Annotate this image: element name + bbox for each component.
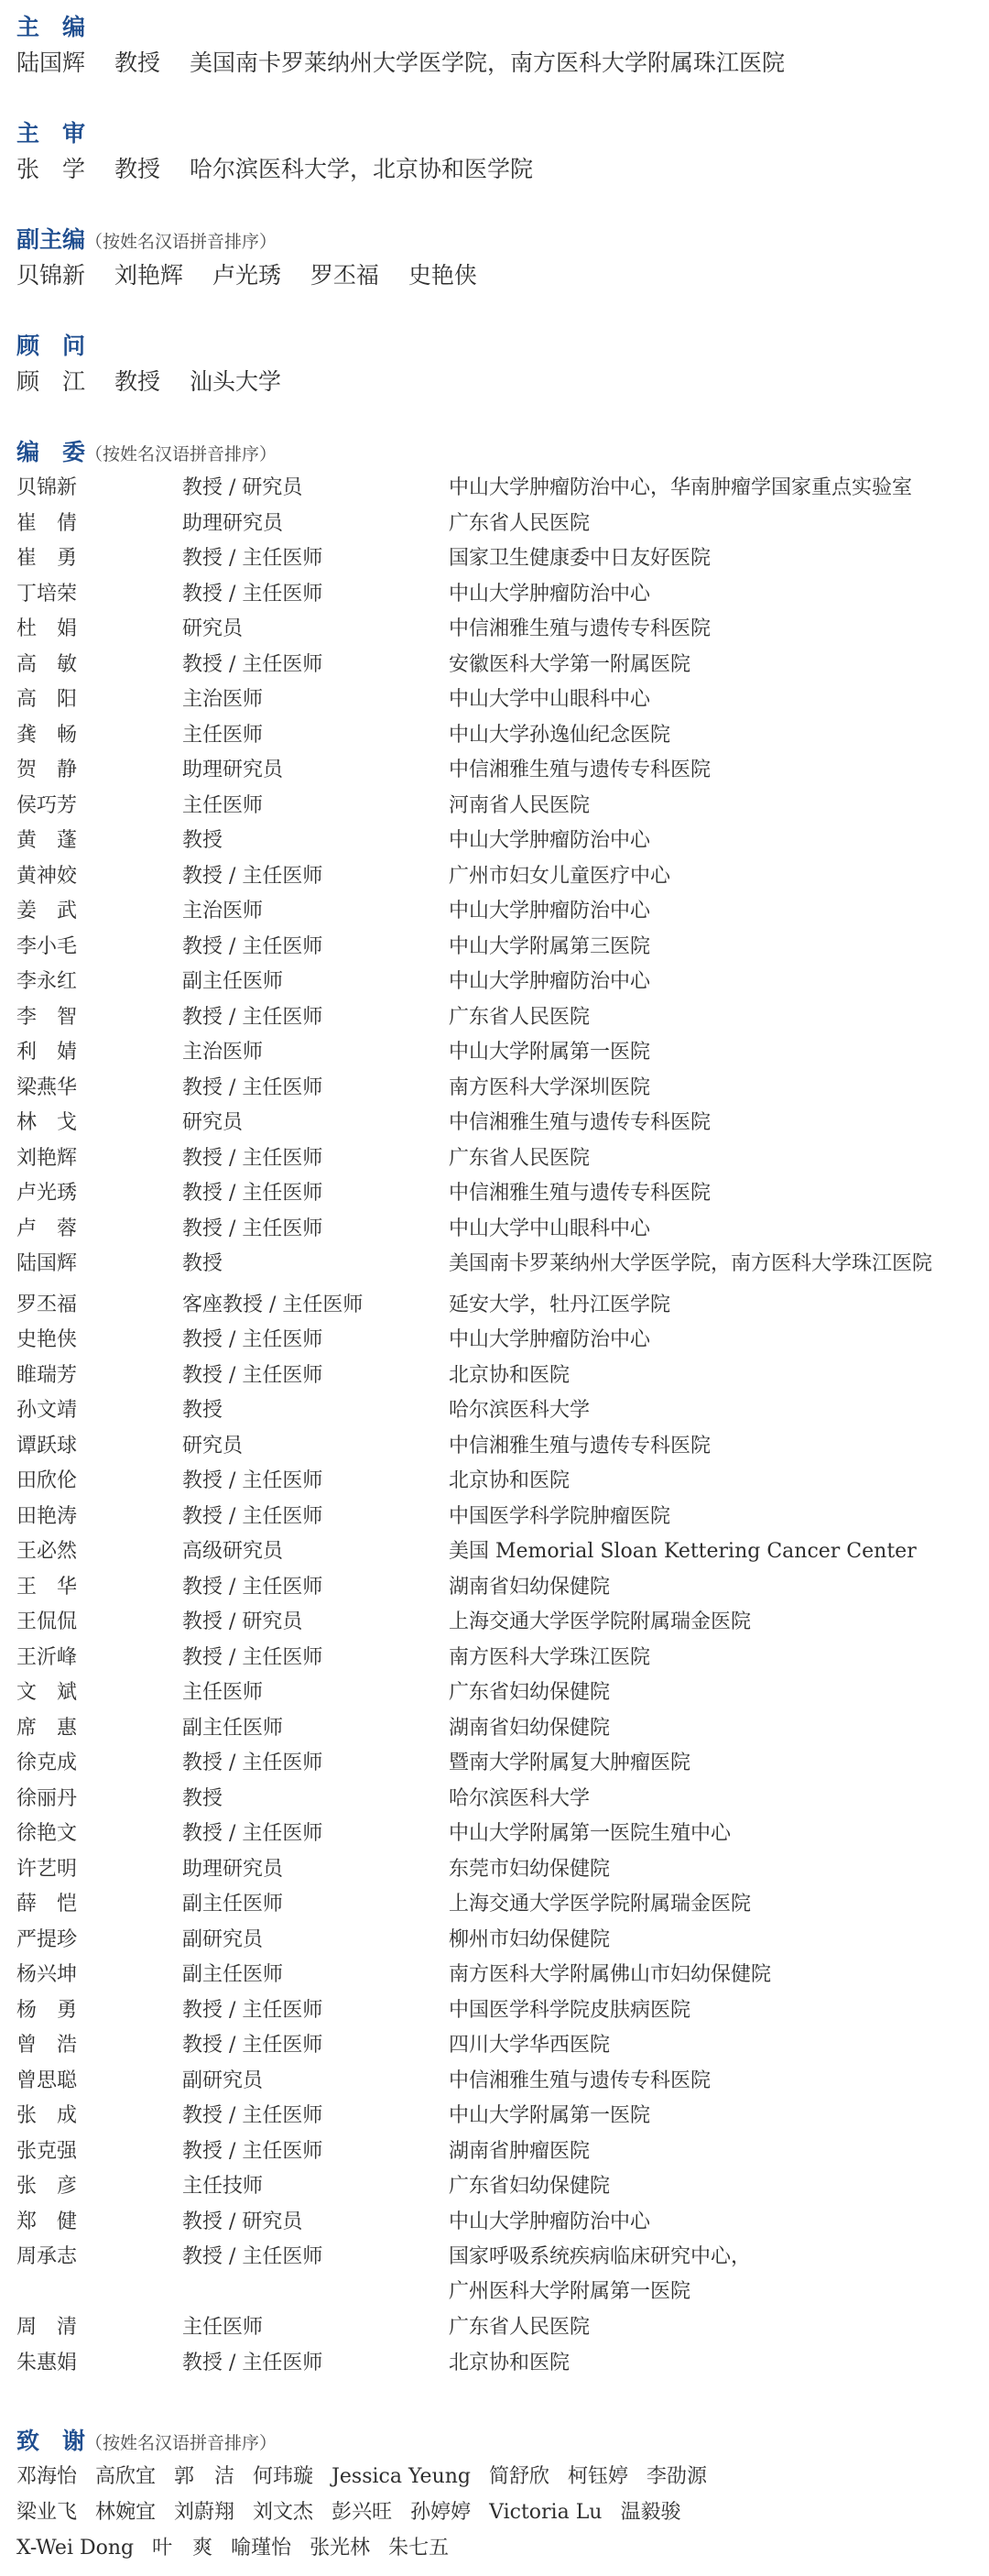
ack-name: 高欣宜 [95, 2465, 156, 2488]
board-member-row: 崔 倩助理研究员广东省人民医院 [16, 512, 989, 536]
member-title: 助理研究员 [182, 759, 439, 782]
board-member-row: 王 华教授 / 主任医师湖南省妇幼保健院 [16, 1576, 989, 1599]
chief-reviewer-heading: 主 审 [16, 120, 85, 147]
member-title: 教授 [182, 829, 439, 853]
board-member-row: 田欣伦教授 / 主任医师北京协和医院 [16, 1469, 989, 1493]
board-member-row: 李小毛教授 / 主任医师中山大学附属第三医院 [16, 935, 989, 959]
board-member-row: 徐克成教授 / 主任医师暨南大学附属复大肿瘤医院 [16, 1752, 989, 1775]
ack-name: X-Wei Dong [16, 2537, 134, 2560]
board-member-row: 杨 勇教授 / 主任医师中国医学科学院皮肤病医院 [16, 1999, 989, 2023]
board-member-row: 高 阳主治医师中山大学中山眼科中心 [16, 688, 989, 712]
person-name: 陆国辉 [16, 49, 85, 76]
member-title: 教授 / 主任医师 [182, 2245, 439, 2269]
member-title: 教授 / 主任医师 [182, 1646, 439, 1670]
member-name: 王必然 [16, 1540, 172, 1564]
member-title: 教授 / 主任医师 [182, 2104, 439, 2128]
section-heading: 主 编 [16, 16, 785, 39]
ack-name: 简舒欣 [489, 2465, 549, 2488]
member-name: 杜 娟 [16, 617, 172, 641]
board-member-row: 李永红副主任医师中山大学肿瘤防治中心 [16, 970, 989, 994]
board-member-row: 姜 武主治医师中山大学肿瘤防治中心 [16, 900, 989, 923]
member-name: 徐克成 [16, 1752, 172, 1775]
member-name: 高 阳 [16, 688, 172, 712]
member-name: 高 敏 [16, 653, 172, 677]
member-name: 严提珍 [16, 1928, 172, 1952]
ack-name: 刘蔚翔 [174, 2501, 234, 2524]
ack-name: 叶 爽 [152, 2537, 212, 2560]
member-title: 教授 / 主任医师 [182, 2034, 439, 2058]
board-member-row: 陆国辉教授美国南卡罗莱纳州大学医学院，南方医科大学珠江医院 [16, 1252, 989, 1276]
member-name: 张克强 [16, 2140, 172, 2164]
board-member-row: 李 智教授 / 主任医师广东省人民医院 [16, 1006, 989, 1030]
person-name: 刘艳辉 [114, 262, 183, 289]
member-name: 杨兴坤 [16, 1963, 172, 1987]
ack-name: 林婉宜 [95, 2501, 156, 2524]
sort-note: （按姓名汉语拼音排序） [85, 444, 277, 464]
ack-line: 梁业飞林婉宜刘蔚翔刘文杰彭兴旺孙婷婷Victoria Lu温毅骏 [16, 2501, 700, 2525]
member-name: 侯巧芳 [16, 794, 172, 818]
member-title: 教授 / 研究员 [182, 476, 439, 500]
ack-name: 彭兴旺 [331, 2501, 392, 2524]
member-name: 田艳涛 [16, 1505, 172, 1529]
section-deputy-editors: 副主编（按姓名汉语拼音排序） 贝锦新 刘艳辉 卢光琇 罗丕福 史艳侠 [16, 228, 477, 288]
member-name: 徐艳文 [16, 1822, 172, 1846]
member-title: 主治医师 [182, 900, 439, 923]
board-member-row: 曾思聪副研究员中信湘雅生殖与遗传专科医院 [16, 2069, 989, 2093]
section-heading: 主 审 [16, 122, 533, 146]
member-title: 教授 / 主任医师 [182, 1217, 439, 1241]
board-member-row: 许艺明助理研究员东莞市妇幼保健院 [16, 1858, 989, 1882]
board-member-row: 杜 娟研究员中信湘雅生殖与遗传专科医院 [16, 617, 989, 641]
member-title: 教授 / 主任医师 [182, 1999, 439, 2023]
person-name: 卢光琇 [212, 262, 281, 289]
section-heading: 顾 问 [16, 334, 281, 358]
board-member-row: 梁燕华教授 / 主任医师南方医科大学深圳医院 [16, 1076, 989, 1100]
member-affiliation: 中山大学中山眼科中心 [449, 688, 650, 712]
member-affiliation: 中山大学孙逸仙纪念医院 [449, 724, 670, 748]
member-name: 李永红 [16, 970, 172, 994]
person-title: 教授 [114, 156, 160, 182]
member-affiliation: 暨南大学附属复大肿瘤医院 [449, 1752, 690, 1775]
member-affiliation: 哈尔滨医科大学 [449, 1787, 590, 1811]
member-name: 陆国辉 [16, 1252, 172, 1276]
section-editorial-board: 编 委（按姓名汉语拼音排序） [16, 441, 277, 464]
member-affiliation: 广东省人民医院 [449, 1006, 590, 1030]
member-title: 教授 / 主任医师 [182, 2140, 439, 2164]
member-affiliation: 北京协和医院 [449, 1469, 570, 1493]
member-title: 助理研究员 [182, 512, 439, 536]
member-affiliation: 中信湘雅生殖与遗传专科医院 [449, 1182, 711, 1206]
sort-note: （按姓名汉语拼音排序） [85, 232, 277, 252]
board-member-row: 席 惠副主任医师湖南省妇幼保健院 [16, 1717, 989, 1741]
board-member-row: 龚 畅主任医师中山大学孙逸仙纪念医院 [16, 724, 989, 748]
board-member-row: 卢光琇教授 / 主任医师中信湘雅生殖与遗传专科医院 [16, 1182, 989, 1206]
board-member-row: 利 婧主治医师中山大学附属第一医院 [16, 1041, 989, 1064]
member-title: 教授 / 主任医师 [182, 1076, 439, 1100]
board-member-row: 王必然高级研究员美国 Memorial Sloan Kettering Canc… [16, 1540, 989, 1564]
person-name: 史艳侠 [408, 262, 477, 289]
member-affiliation: 中山大学附属第三医院 [449, 935, 650, 959]
member-name: 周承志 [16, 2245, 172, 2269]
member-affiliation: 国家卫生健康委中日友好医院 [449, 547, 711, 571]
chief-editor-heading: 主 编 [16, 14, 85, 40]
member-title: 教授 / 主任医师 [182, 1182, 439, 1206]
member-title: 教授 / 主任医师 [182, 2352, 439, 2375]
member-affiliation: 安徽医科大学第一附属医院 [449, 653, 690, 677]
member-name: 崔 勇 [16, 547, 172, 571]
ack-name: 朱七五 [388, 2537, 449, 2560]
member-affiliation: 美国 Memorial Sloan Kettering Cancer Cente… [449, 1540, 917, 1564]
member-name: 刘艳辉 [16, 1147, 172, 1171]
member-name: 卢 蓉 [16, 1217, 172, 1241]
member-affiliation: 广东省妇幼保健院 [449, 2175, 610, 2199]
member-title: 高级研究员 [182, 1540, 439, 1564]
member-title: 教授 [182, 1399, 439, 1423]
board-member-row: 王沂峰教授 / 主任医师南方医科大学珠江医院 [16, 1646, 989, 1670]
member-title: 教授 / 主任医师 [182, 1469, 439, 1493]
member-affiliation: 中山大学附属第一医院 [449, 1041, 650, 1064]
member-name: 田欣伦 [16, 1469, 172, 1493]
board-member-row: 黄 蓬教授中山大学肿瘤防治中心 [16, 829, 989, 853]
board-member-row: 贺 静助理研究员中信湘雅生殖与遗传专科医院 [16, 759, 989, 782]
member-title: 教授 / 研究员 [182, 2210, 439, 2234]
member-title: 教授 / 主任医师 [182, 935, 439, 959]
member-name: 王 华 [16, 1576, 172, 1599]
member-name: 利 婧 [16, 1041, 172, 1064]
board-member-row: 张 彦主任技师广东省妇幼保健院 [16, 2175, 989, 2199]
advisor-heading: 顾 问 [16, 333, 85, 359]
deputy-editors-heading: 副主编 [16, 226, 85, 253]
member-affiliation: 上海交通大学医学院附属瑞金医院 [449, 1610, 751, 1634]
board-member-row: 曾 浩教授 / 主任医师四川大学华西医院 [16, 2034, 989, 2058]
member-title: 主任医师 [182, 724, 439, 748]
member-name: 席 惠 [16, 1717, 172, 1741]
member-affiliation: 哈尔滨医科大学 [449, 1399, 590, 1423]
member-title: 教授 / 主任医师 [182, 1328, 439, 1352]
member-title: 副主任医师 [182, 970, 439, 994]
member-name: 朱惠娟 [16, 2352, 172, 2375]
section-acknowledgements: 致 谢（按姓名汉语拼音排序） [16, 2429, 277, 2453]
member-affiliation: 中信湘雅生殖与遗传专科医院 [449, 2069, 711, 2093]
person-affiliation: 汕头大学 [190, 368, 281, 395]
member-name: 崔 倩 [16, 512, 172, 536]
member-title: 副主任医师 [182, 1963, 439, 1987]
member-affiliation: 广东省人民医院 [449, 512, 590, 536]
member-affiliation: 湖南省肿瘤医院 [449, 2140, 590, 2164]
board-member-row: 文 斌主任医师广东省妇幼保健院 [16, 1681, 989, 1705]
advisor-entry: 顾 江 教授 汕头大学 [16, 370, 281, 394]
member-affiliation-line2: 广州医科大学附属第一医院 [449, 2280, 690, 2304]
board-member-row: 贝锦新教授 / 研究员中山大学肿瘤防治中心，华南肿瘤学国家重点实验室 [16, 476, 989, 500]
member-affiliation: 中山大学肿瘤防治中心 [449, 900, 650, 923]
member-name: 张 彦 [16, 2175, 172, 2199]
member-title: 主任技师 [182, 2175, 439, 2199]
member-title: 副主任医师 [182, 1893, 439, 1916]
board-member-row: 严提珍副研究员柳州市妇幼保健院 [16, 1928, 989, 1952]
member-affiliation: 中山大学肿瘤防治中心 [449, 2210, 650, 2234]
board-member-row: 史艳侠教授 / 主任医师中山大学肿瘤防治中心 [16, 1328, 989, 1352]
member-affiliation: 中山大学肿瘤防治中心 [449, 583, 650, 606]
member-name: 丁培荣 [16, 583, 172, 606]
ack-name: 邓海怡 [16, 2465, 77, 2488]
member-name: 姜 武 [16, 900, 172, 923]
ack-name: Jessica Yeung [331, 2465, 471, 2488]
ack-name: 喻瑾怡 [231, 2537, 291, 2560]
deputy-editors-list: 贝锦新 刘艳辉 卢光琇 罗丕福 史艳侠 [16, 264, 477, 288]
member-affiliation: 中国医学科学院肿瘤医院 [449, 1505, 670, 1529]
member-title: 研究员 [182, 617, 439, 641]
member-affiliation: 中山大学附属第一医院 [449, 2104, 650, 2128]
member-affiliation: 广东省妇幼保健院 [449, 1681, 610, 1705]
board-member-row: 刘艳辉教授 / 主任医师广东省人民医院 [16, 1147, 989, 1171]
member-name: 贝锦新 [16, 476, 172, 500]
member-title: 教授 [182, 1252, 439, 1276]
member-title: 教授 / 主任医师 [182, 1505, 439, 1529]
board-member-row: 王侃侃教授 / 研究员上海交通大学医学院附属瑞金医院 [16, 1610, 989, 1634]
member-title: 教授 / 主任医师 [182, 653, 439, 677]
board-member-row: 崔 勇教授 / 主任医师国家卫生健康委中日友好医院 [16, 547, 989, 571]
member-affiliation: 南方医科大学附属佛山市妇幼保健院 [449, 1963, 771, 1987]
member-name: 林 戈 [16, 1111, 172, 1135]
chief-editor-entry: 陆国辉 教授 美国南卡罗莱纳州大学医学院，南方医科大学附属珠江医院 [16, 51, 785, 75]
member-name: 贺 静 [16, 759, 172, 782]
member-name: 薛 恺 [16, 1893, 172, 1916]
member-title: 教授 / 主任医师 [182, 865, 439, 889]
member-title: 教授 / 主任医师 [182, 583, 439, 606]
member-name: 睢瑞芳 [16, 1364, 172, 1388]
member-title: 主治医师 [182, 1041, 439, 1064]
member-title: 教授 / 主任医师 [182, 1147, 439, 1171]
member-affiliation: 东莞市妇幼保健院 [449, 1858, 610, 1882]
member-title: 主任医师 [182, 794, 439, 818]
member-affiliation: 中国医学科学院皮肤病医院 [449, 1999, 690, 2023]
person-title: 教授 [114, 49, 160, 76]
person-name: 贝锦新 [16, 262, 85, 289]
section-heading: 副主编（按姓名汉语拼音排序） [16, 228, 477, 252]
section-heading: 编 委（按姓名汉语拼音排序） [16, 441, 277, 464]
board-member-row: 孙文靖教授哈尔滨医科大学 [16, 1399, 989, 1423]
board-member-row: 徐艳文教授 / 主任医师中山大学附属第一医院生殖中心 [16, 1822, 989, 1846]
member-affiliation: 国家呼吸系统疾病临床研究中心， [449, 2245, 751, 2269]
person-affiliation: 美国南卡罗莱纳州大学医学院，南方医科大学附属珠江医院 [190, 49, 785, 76]
member-affiliation: 中山大学附属第一医院生殖中心 [449, 1822, 731, 1846]
section-advisor: 顾 问 顾 江 教授 汕头大学 [16, 334, 281, 394]
member-name: 许艺明 [16, 1858, 172, 1882]
board-member-row: 郑 健教授 / 研究员中山大学肿瘤防治中心 [16, 2210, 989, 2234]
board-member-row: 卢 蓉教授 / 主任医师中山大学中山眼科中心 [16, 1217, 989, 1241]
board-member-row: 周承志教授 / 主任医师国家呼吸系统疾病临床研究中心，广州医科大学附属第一医院 [16, 2245, 989, 2269]
ack-name: 刘文杰 [253, 2501, 313, 2524]
member-title: 副研究员 [182, 2069, 439, 2093]
board-member-row: 黄神姣教授 / 主任医师广州市妇女儿童医疗中心 [16, 865, 989, 889]
ack-name: Victoria Lu [489, 2501, 602, 2524]
member-affiliation: 广东省人民医院 [449, 2316, 590, 2340]
member-title: 研究员 [182, 1111, 439, 1135]
member-affiliation: 中山大学肿瘤防治中心 [449, 829, 650, 853]
member-name: 王沂峰 [16, 1646, 172, 1670]
member-affiliation: 南方医科大学深圳医院 [449, 1076, 650, 1100]
member-title: 教授 / 主任医师 [182, 1576, 439, 1599]
person-name: 张 学 [16, 156, 85, 182]
member-title: 教授 / 主任医师 [182, 1752, 439, 1775]
member-name: 郑 健 [16, 2210, 172, 2234]
ack-name: 梁业飞 [16, 2501, 77, 2524]
member-affiliation: 美国南卡罗莱纳州大学医学院，南方医科大学珠江医院 [449, 1252, 932, 1276]
section-heading: 致 谢（按姓名汉语拼音排序） [16, 2429, 277, 2453]
member-affiliation: 中信湘雅生殖与遗传专科医院 [449, 1435, 711, 1458]
member-affiliation: 湖南省妇幼保健院 [449, 1576, 610, 1599]
board-member-row: 侯巧芳主任医师河南省人民医院 [16, 794, 989, 818]
member-title: 研究员 [182, 1435, 439, 1458]
member-title: 教授 / 研究员 [182, 1610, 439, 1634]
member-affiliation: 湖南省妇幼保健院 [449, 1717, 610, 1741]
person-title: 教授 [114, 368, 160, 395]
member-title: 主任医师 [182, 1681, 439, 1705]
member-title: 主治医师 [182, 688, 439, 712]
member-name: 杨 勇 [16, 1999, 172, 2023]
member-affiliation: 河南省人民医院 [449, 794, 590, 818]
board-member-row: 谭跃球研究员中信湘雅生殖与遗传专科医院 [16, 1435, 989, 1458]
member-affiliation: 中山大学肿瘤防治中心，华南肿瘤学国家重点实验室 [449, 476, 912, 500]
ack-name: 柯钰婷 [568, 2465, 628, 2488]
member-name: 张 成 [16, 2104, 172, 2128]
ack-name: 张光林 [310, 2537, 370, 2560]
member-affiliation: 四川大学华西医院 [449, 2034, 610, 2058]
ack-name: 温毅骏 [620, 2501, 680, 2524]
ack-name: 何玮璇 [253, 2465, 313, 2488]
member-title: 教授 / 主任医师 [182, 1006, 439, 1030]
member-title: 教授 / 主任医师 [182, 1822, 439, 1846]
member-title: 助理研究员 [182, 1858, 439, 1882]
board-member-row: 睢瑞芳教授 / 主任医师北京协和医院 [16, 1364, 989, 1388]
member-name: 黄 蓬 [16, 829, 172, 853]
member-name: 卢光琇 [16, 1182, 172, 1206]
board-member-row: 杨兴坤副主任医师南方医科大学附属佛山市妇幼保健院 [16, 1963, 989, 1987]
member-name: 文 斌 [16, 1681, 172, 1705]
member-name: 曾 浩 [16, 2034, 172, 2058]
member-affiliation: 上海交通大学医学院附属瑞金医院 [449, 1893, 751, 1916]
member-title: 教授 / 主任医师 [182, 1364, 439, 1388]
board-member-row: 徐丽丹教授哈尔滨医科大学 [16, 1787, 989, 1811]
member-title: 主任医师 [182, 2316, 439, 2340]
member-title: 副主任医师 [182, 1717, 439, 1741]
ack-line: X-Wei Dong叶 爽喻瑾怡张光林朱七五 [16, 2537, 467, 2560]
member-title: 副研究员 [182, 1928, 439, 1952]
section-chief-reviewer: 主 审 张 学 教授 哈尔滨医科大学，北京协和医学院 [16, 122, 533, 181]
member-name: 罗丕福 [16, 1293, 172, 1317]
member-name: 徐丽丹 [16, 1787, 172, 1811]
ack-name: 孙婷婷 [410, 2501, 471, 2524]
member-affiliation: 南方医科大学珠江医院 [449, 1646, 650, 1670]
member-affiliation: 中山大学中山眼科中心 [449, 1217, 650, 1241]
member-affiliation: 北京协和医院 [449, 2352, 570, 2375]
person-name: 顾 江 [16, 368, 85, 395]
board-member-row: 薛 恺副主任医师上海交通大学医学院附属瑞金医院 [16, 1893, 989, 1916]
member-affiliation: 中信湘雅生殖与遗传专科医院 [449, 617, 711, 641]
chief-reviewer-entry: 张 学 教授 哈尔滨医科大学，北京协和医学院 [16, 158, 533, 181]
board-member-row: 田艳涛教授 / 主任医师中国医学科学院肿瘤医院 [16, 1505, 989, 1529]
person-affiliation: 哈尔滨医科大学，北京协和医学院 [190, 156, 533, 182]
member-name: 王侃侃 [16, 1610, 172, 1634]
member-name: 李小毛 [16, 935, 172, 959]
sort-note: （按姓名汉语拼音排序） [85, 2433, 277, 2453]
member-name: 梁燕华 [16, 1076, 172, 1100]
board-member-row: 张 成教授 / 主任医师中山大学附属第一医院 [16, 2104, 989, 2128]
member-name: 史艳侠 [16, 1328, 172, 1352]
member-name: 李 智 [16, 1006, 172, 1030]
board-member-row: 丁培荣教授 / 主任医师中山大学肿瘤防治中心 [16, 583, 989, 606]
member-affiliation: 中信湘雅生殖与遗传专科医院 [449, 759, 711, 782]
board-member-row: 周 清主任医师广东省人民医院 [16, 2316, 989, 2340]
member-affiliation: 延安大学，牡丹江医学院 [449, 1293, 670, 1317]
board-member-row: 朱惠娟教授 / 主任医师北京协和医院 [16, 2352, 989, 2375]
person-name: 罗丕福 [310, 262, 379, 289]
section-chief-editor: 主 编 陆国辉 教授 美国南卡罗莱纳州大学医学院，南方医科大学附属珠江医院 [16, 16, 785, 75]
ack-name: 李劭源 [647, 2465, 707, 2488]
ack-name: 郭 洁 [174, 2465, 234, 2488]
member-affiliation: 柳州市妇幼保健院 [449, 1928, 610, 1952]
member-name: 周 清 [16, 2316, 172, 2340]
member-affiliation: 中信湘雅生殖与遗传专科医院 [449, 1111, 711, 1135]
member-name: 黄神姣 [16, 865, 172, 889]
board-member-row: 林 戈研究员中信湘雅生殖与遗传专科医院 [16, 1111, 989, 1135]
acknowledgements-heading: 致 谢 [16, 2428, 85, 2454]
member-affiliation: 中山大学肿瘤防治中心 [449, 970, 650, 994]
editorial-board-heading: 编 委 [16, 439, 85, 465]
member-name: 孙文靖 [16, 1399, 172, 1423]
member-name: 谭跃球 [16, 1435, 172, 1458]
member-affiliation: 中山大学肿瘤防治中心 [449, 1328, 650, 1352]
board-member-row: 张克强教授 / 主任医师湖南省肿瘤医院 [16, 2140, 989, 2164]
member-affiliation: 广州市妇女儿童医疗中心 [449, 865, 670, 889]
member-name: 曾思聪 [16, 2069, 172, 2093]
member-name: 龚 畅 [16, 724, 172, 748]
ack-line: 邓海怡高欣宜郭 洁何玮璇Jessica Yeung简舒欣柯钰婷李劭源 [16, 2465, 725, 2489]
member-affiliation: 广东省人民医院 [449, 1147, 590, 1171]
member-title: 教授 / 主任医师 [182, 547, 439, 571]
board-member-row: 高 敏教授 / 主任医师安徽医科大学第一附属医院 [16, 653, 989, 677]
member-title: 客座教授 / 主任医师 [182, 1293, 439, 1317]
board-member-row: 罗丕福客座教授 / 主任医师延安大学，牡丹江医学院 [16, 1293, 989, 1317]
member-title: 教授 [182, 1787, 439, 1811]
member-affiliation: 北京协和医院 [449, 1364, 570, 1388]
